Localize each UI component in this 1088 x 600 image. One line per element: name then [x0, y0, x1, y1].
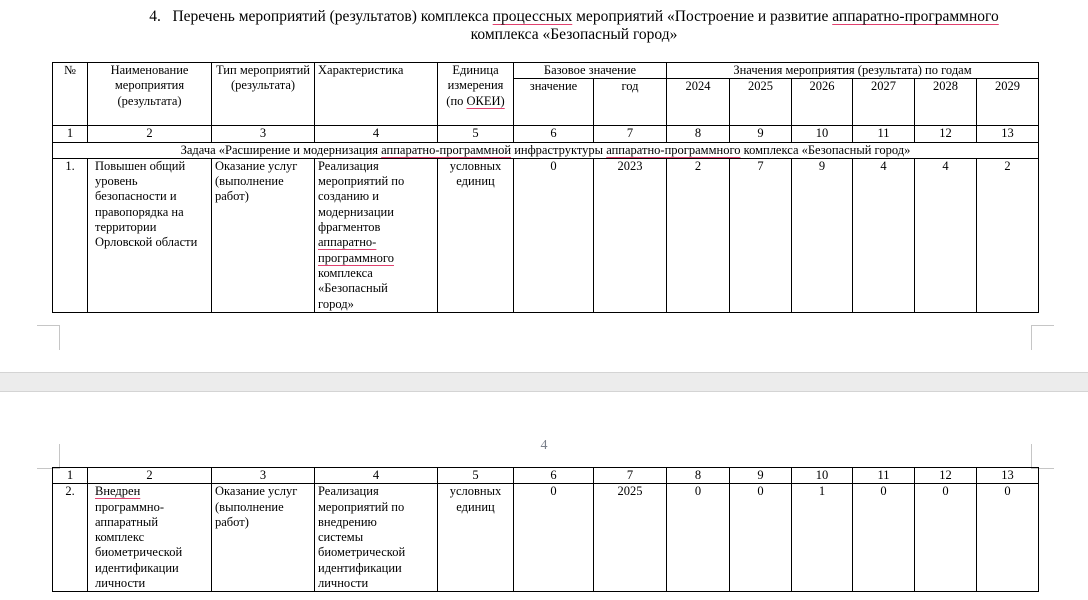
base-year: 2023: [594, 158, 667, 312]
spellcheck-word[interactable]: аппаратно-программного: [318, 235, 394, 264]
header-unit: Единица измерения (по ОКЕИ): [438, 63, 514, 126]
column-number: 2: [88, 126, 212, 142]
header-base-year: год: [594, 79, 667, 126]
task-row: Задача «Расширение и модернизация аппара…: [53, 142, 1039, 158]
spellcheck-word[interactable]: ОКЕИ): [467, 94, 505, 108]
year-value: 7: [730, 158, 792, 312]
spellcheck-word[interactable]: аппаратно-программного: [832, 8, 999, 25]
year-value: 2: [977, 158, 1039, 312]
activity-type: Оказание услуг (выполнение работ): [212, 484, 315, 592]
task-text: Задача «Расширение и модернизация: [181, 143, 382, 157]
column-number: 1: [53, 468, 88, 484]
column-number: 4: [315, 126, 438, 142]
unit: условных единиц: [438, 484, 514, 592]
year-value: 0: [853, 484, 915, 592]
spellcheck-word[interactable]: аппаратно-программной: [381, 143, 511, 157]
column-number: 6: [514, 126, 594, 142]
year-value: 4: [853, 158, 915, 312]
activity-characteristic: Реализация мероприятий по созданию и мод…: [315, 158, 438, 312]
header-year: 2025: [730, 79, 792, 126]
header-year: 2027: [853, 79, 915, 126]
row-number: 1.: [53, 158, 88, 312]
task-text: инфраструктуры: [511, 143, 606, 157]
column-number: 11: [853, 468, 915, 484]
header-characteristic: Характеристика: [315, 63, 438, 126]
column-number: 5: [438, 126, 514, 142]
spellcheck-word[interactable]: аппаратно-программного: [606, 143, 740, 157]
column-number: 4: [315, 468, 438, 484]
characteristic-text: комплекса «Безопасный город»: [318, 266, 388, 311]
task-text: комплекса «Безопасный город»: [741, 143, 911, 157]
activities-table-continued: 1 2 3 4 5 6 7 8 9 10 11 12 13 2. Внедрен…: [52, 467, 1039, 592]
column-number: 9: [730, 468, 792, 484]
header-base: Базовое значение: [514, 63, 667, 79]
column-number-row: 1 2 3 4 5 6 7 8 9 10 11 12 13: [53, 126, 1039, 142]
header-years-group: Значения мероприятия (результата) по год…: [667, 63, 1039, 79]
column-number: 12: [915, 468, 977, 484]
base-year: 2025: [594, 484, 667, 592]
heading-text: Перечень мероприятий (результатов) компл…: [172, 8, 492, 25]
activity-name: Повышен общий уровень безопасности и пра…: [88, 158, 212, 312]
activity-characteristic: Реализация мероприятий по внедрению сист…: [315, 484, 438, 592]
unit: условных единиц: [438, 158, 514, 312]
heading-text: мероприятий «Построение и развитие: [572, 8, 832, 25]
year-value: 2: [667, 158, 730, 312]
column-number: 5: [438, 468, 514, 484]
spellcheck-word[interactable]: Внедрен: [95, 484, 140, 498]
activity-name-text: программно-аппаратный комплекс биометрич…: [95, 500, 182, 590]
header-year: 2024: [667, 79, 730, 126]
header-base-value: значение: [514, 79, 594, 126]
header-type: Тип мероприятий (результата): [212, 63, 315, 126]
header-year: 2029: [977, 79, 1039, 126]
margin-corner-mark: [37, 325, 60, 350]
task-cell: Задача «Расширение и модернизация аппара…: [53, 142, 1039, 158]
document-page-2: 4 1 2 3 4 5 6 7 8 9 10 11 12 13 2. Внедр…: [0, 392, 1088, 600]
column-number: 11: [853, 126, 915, 142]
heading-line-2: комплекса «Безопасный город»: [0, 26, 1088, 44]
column-number: 10: [792, 468, 853, 484]
year-value: 0: [667, 484, 730, 592]
document-page-1: 4. Перечень мероприятий (результатов) ко…: [0, 0, 1088, 372]
column-number: 10: [792, 126, 853, 142]
column-number: 6: [514, 468, 594, 484]
column-number: 8: [667, 468, 730, 484]
year-value: 0: [977, 484, 1039, 592]
column-number: 7: [594, 468, 667, 484]
heading-number: 4.: [149, 8, 161, 25]
margin-corner-mark: [1031, 325, 1054, 350]
header-year: 2026: [792, 79, 853, 126]
characteristic-text: Реализация мероприятий по созданию и мод…: [318, 159, 404, 234]
page-number: 4: [0, 438, 1088, 454]
column-number-row: 1 2 3 4 5 6 7 8 9 10 11 12 13: [53, 468, 1039, 484]
table-row: 1. Повышен общий уровень безопасности и …: [53, 158, 1039, 312]
column-number: 2: [88, 468, 212, 484]
column-number: 13: [977, 468, 1039, 484]
header-num: №: [53, 63, 88, 126]
column-number: 3: [212, 468, 315, 484]
year-value: 4: [915, 158, 977, 312]
year-value: 0: [730, 484, 792, 592]
year-value: 1: [792, 484, 853, 592]
column-number: 9: [730, 126, 792, 142]
activity-type: Оказание услуг (выполнение работ): [212, 158, 315, 312]
base-value: 0: [514, 158, 594, 312]
column-number: 8: [667, 126, 730, 142]
column-number: 7: [594, 126, 667, 142]
column-number: 3: [212, 126, 315, 142]
year-value: 0: [915, 484, 977, 592]
year-value: 9: [792, 158, 853, 312]
section-heading: 4. Перечень мероприятий (результатов) ко…: [0, 8, 1088, 44]
table-row: 2. Внедрен программно-аппаратный комплек…: [53, 484, 1039, 592]
column-number: 12: [915, 126, 977, 142]
activity-name: Внедрен программно-аппаратный комплекс б…: [88, 484, 212, 592]
column-number: 13: [977, 126, 1039, 142]
header-year: 2028: [915, 79, 977, 126]
row-number: 2.: [53, 484, 88, 592]
column-number: 1: [53, 126, 88, 142]
header-name: Наименование мероприятия (результата): [88, 63, 212, 126]
activities-table: № Наименование мероприятия (результата) …: [52, 62, 1039, 313]
spellcheck-word[interactable]: процессных: [493, 8, 573, 25]
base-value: 0: [514, 484, 594, 592]
page-separator: [0, 372, 1088, 392]
